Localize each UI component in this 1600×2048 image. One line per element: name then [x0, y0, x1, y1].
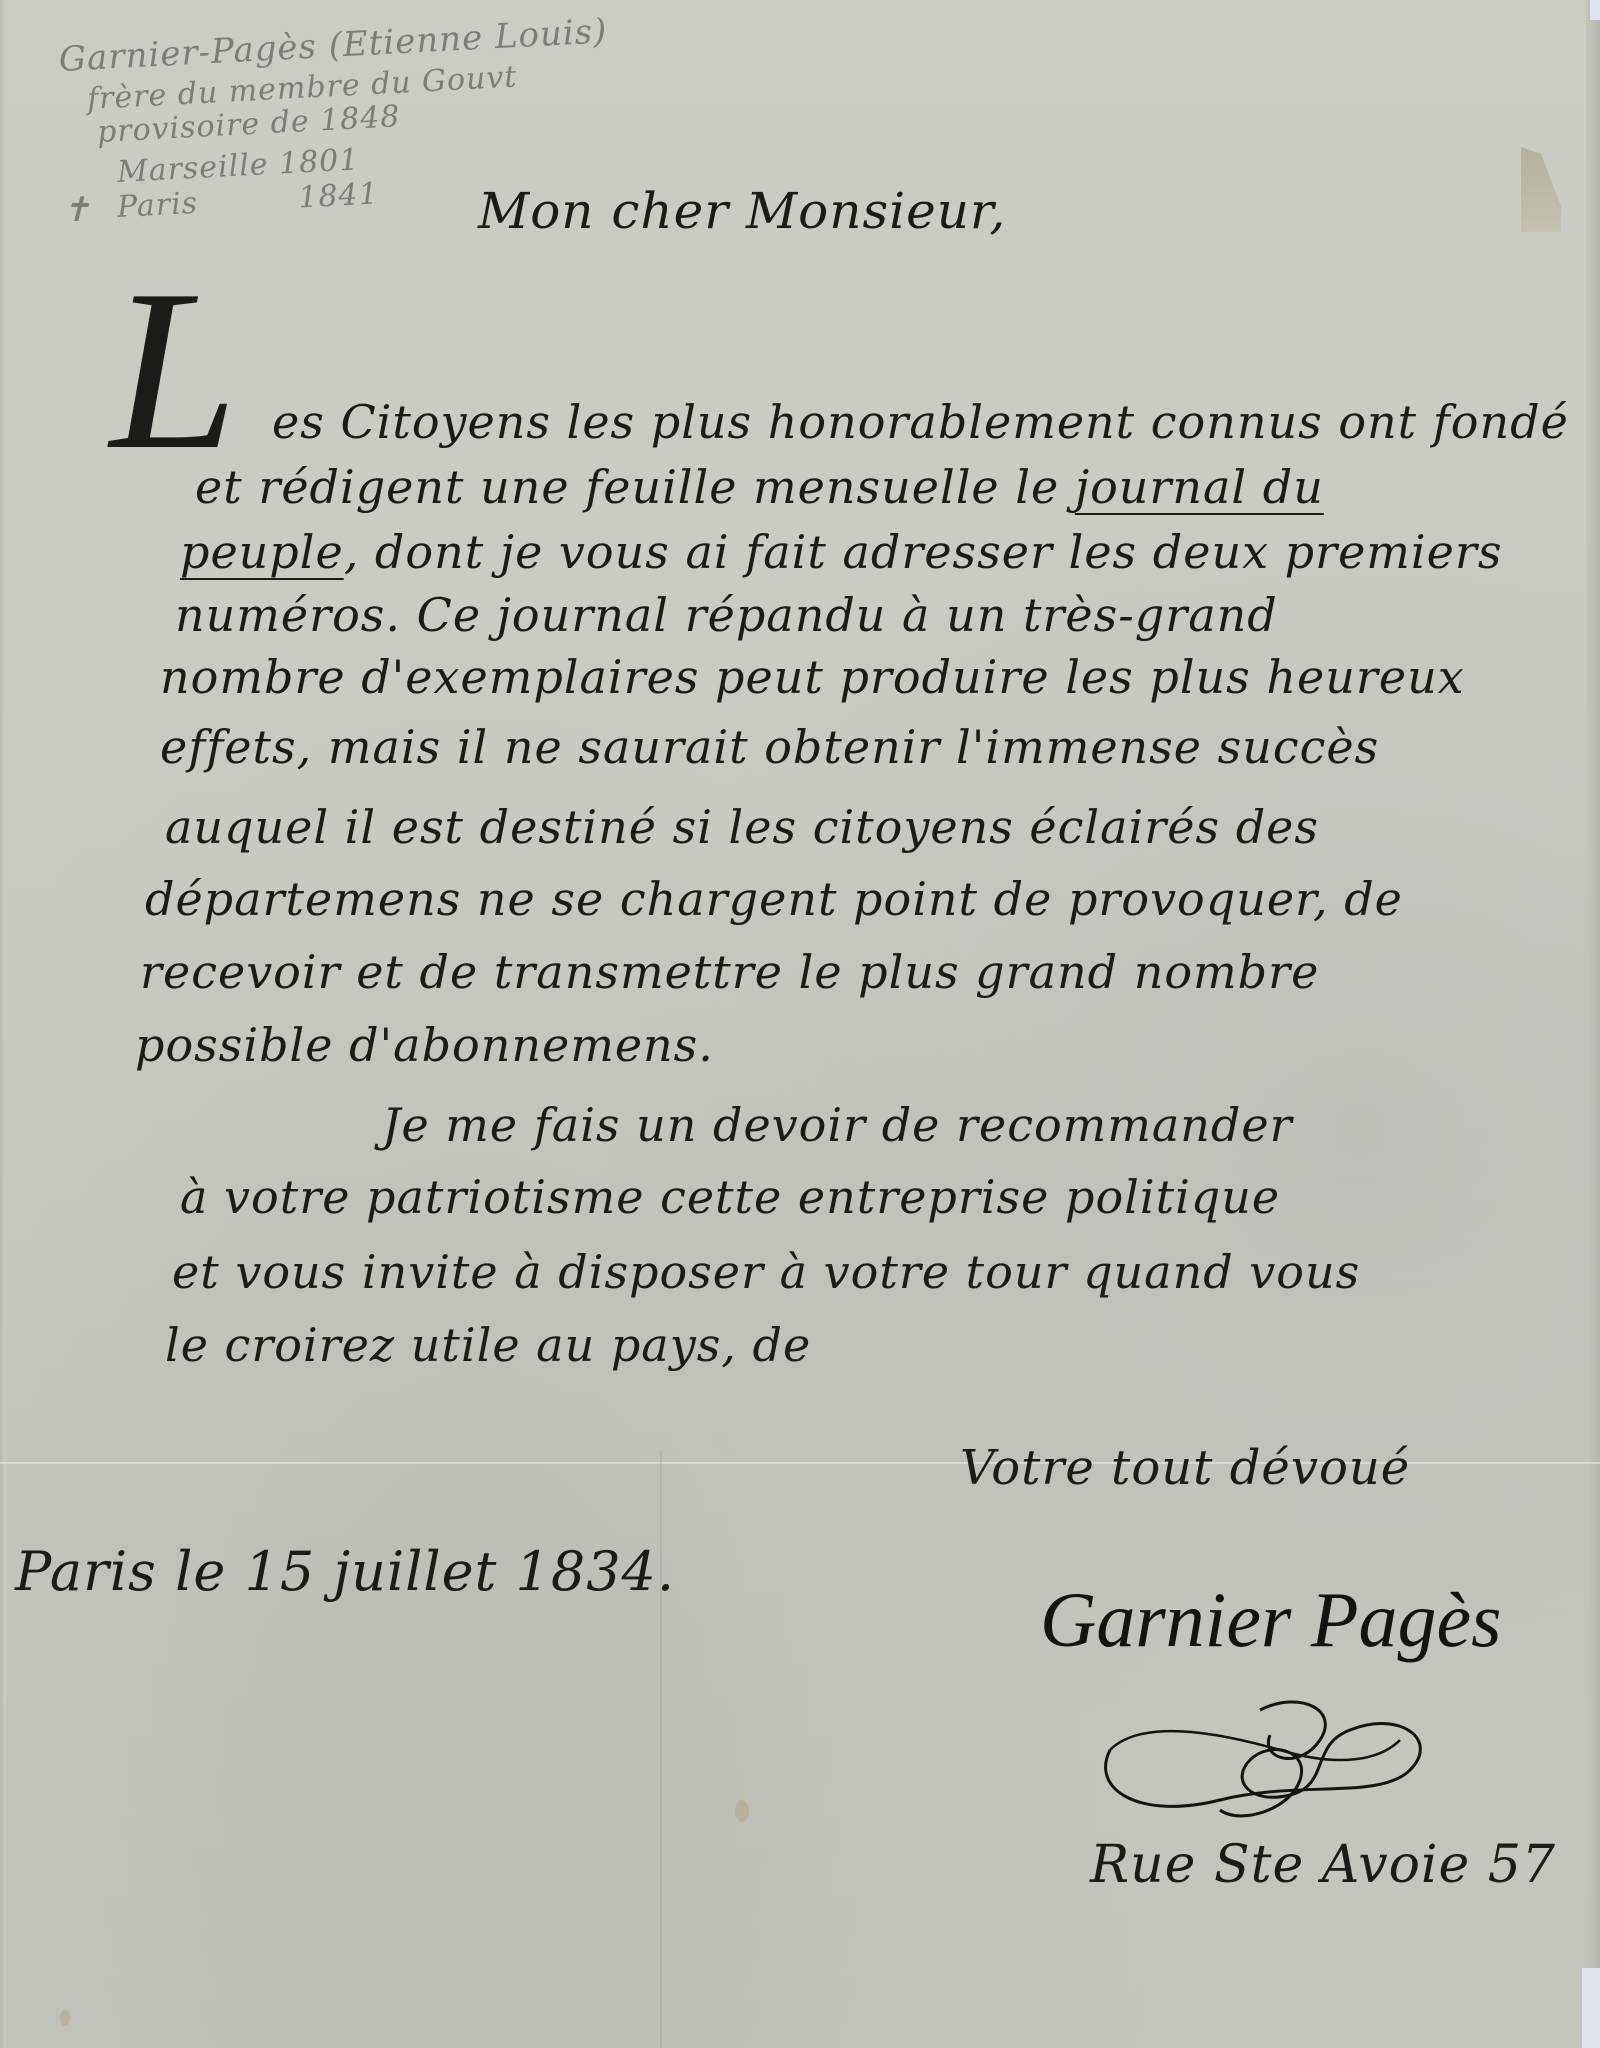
- drop-cap: L: [110, 255, 238, 485]
- body-line: peuple, dont je vous ai fait adresser le…: [180, 525, 1502, 579]
- body-line: Je me fais un devoir de recommander: [382, 1098, 1293, 1152]
- body-line: possible d'abonnemens.: [135, 1018, 714, 1072]
- body-line: recevoir et de transmettre le plus grand…: [140, 945, 1319, 999]
- body-line: et vous invite à disposer à votre tour q…: [172, 1245, 1360, 1299]
- body-line: effets, mais il ne saurait obtenir l'imm…: [160, 720, 1379, 774]
- body-line: le croirez utile au pays, de: [165, 1318, 811, 1372]
- date-line: Paris le 15 juillet 1834.: [15, 1540, 675, 1603]
- cross-icon: ✝: [62, 190, 92, 230]
- body-line: es Citoyens les plus honorablement connu…: [272, 395, 1569, 449]
- tape-residue: [1521, 147, 1561, 232]
- body-text: et rédigent une feuille mensuelle le: [195, 460, 1059, 514]
- body-text: , dont je vous ai fait adresser les deux…: [344, 525, 1503, 579]
- paper-edge-right: [1586, 0, 1600, 2048]
- body-line: numéros. Ce journal répandu à un très-gr…: [175, 588, 1278, 642]
- paper-edge-left: [0, 0, 6, 2048]
- paper-stain: [60, 2010, 70, 2026]
- paper-stain: [735, 1800, 749, 1822]
- body-line: nombre d'exemplaires peut produire les p…: [160, 650, 1465, 704]
- background-corner-bottom: [1582, 1968, 1600, 2048]
- signature-paraph-flourish: [1080, 1690, 1460, 1830]
- body-line: et rédigent une feuille mensuelle le jou…: [195, 460, 1324, 514]
- journal-title: peuple: [180, 525, 344, 579]
- salutation: Mon cher Monsieur,: [478, 182, 1006, 240]
- background-corner-top: [1590, 0, 1600, 20]
- journal-title: journal du: [1075, 460, 1324, 514]
- body-line: départemens ne se chargent point de prov…: [145, 872, 1403, 926]
- body-line: auquel il est destiné si les citoyens éc…: [165, 800, 1319, 854]
- sender-address: Rue Ste Avoie 57: [1090, 1835, 1556, 1895]
- body-line: à votre patriotisme cette entreprise pol…: [180, 1170, 1280, 1224]
- signature: Garnier Pagès: [1040, 1575, 1501, 1665]
- letter-sheet: Garnier-Pagès (Etienne Louis) frère du m…: [0, 0, 1600, 2048]
- closing: Votre tout dévoué: [960, 1440, 1410, 1496]
